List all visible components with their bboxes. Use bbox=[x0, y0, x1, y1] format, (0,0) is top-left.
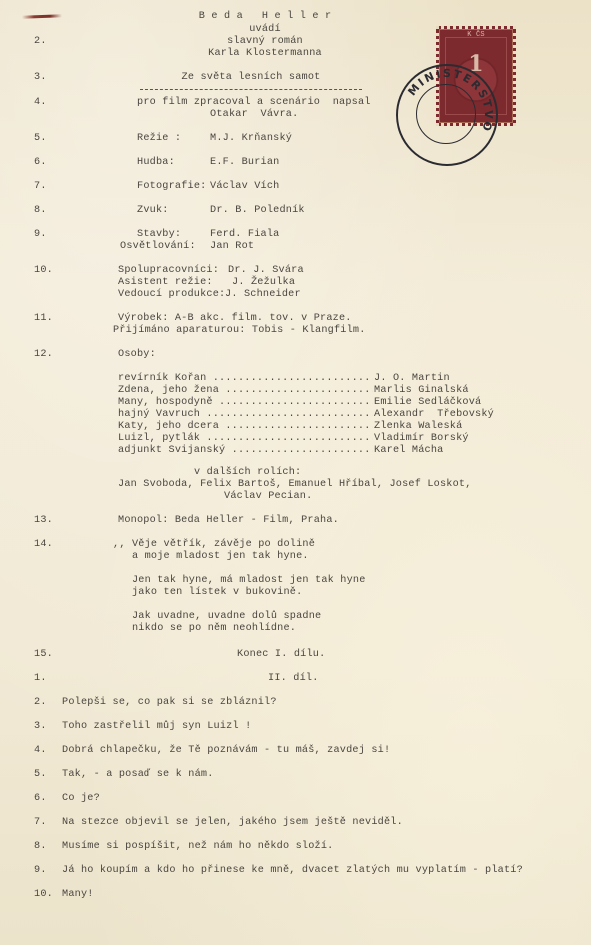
credit-value: Václav Vích bbox=[210, 181, 279, 193]
cast-actor: Karel Mácha bbox=[374, 445, 443, 457]
item-number: 2. bbox=[34, 697, 47, 708]
item-number: 14. bbox=[34, 539, 53, 550]
credit-value: Dr. B. Poledník bbox=[210, 205, 305, 217]
cast-role: Zdena, jeho žena bbox=[118, 385, 219, 397]
adaptation-credit: pro film zpracoval a scenário napsal bbox=[137, 97, 371, 109]
postmark-circle: MINISTERSTVO bbox=[396, 64, 498, 166]
supporting-cast-line: Václav Pecian. bbox=[224, 491, 312, 503]
part-two-heading: II. díl. bbox=[268, 673, 319, 685]
cast-actor: Vladimír Borský bbox=[374, 433, 469, 445]
song-verse: nikdo se po něm neohlídne. bbox=[113, 623, 296, 635]
dialogue-line: Musíme si pospíšit, než nám ho někdo slo… bbox=[62, 841, 333, 853]
stamp-header-text: K ČS bbox=[439, 31, 513, 39]
song-verse: jako ten lístek v bukovině. bbox=[113, 587, 302, 599]
credit-value: Jan Rot bbox=[210, 241, 254, 253]
author-line: Karla Klostermanna bbox=[150, 48, 380, 60]
ink-mark bbox=[22, 14, 62, 18]
credit-value: E.F. Burian bbox=[210, 157, 279, 169]
song-verse: Jen tak hyne, má mladost jen tak hyne bbox=[113, 575, 366, 587]
credit-label: Zvuk: bbox=[137, 205, 169, 217]
presents-text: uvádí bbox=[150, 24, 380, 36]
credit-value: M.J. Krňanský bbox=[210, 133, 292, 145]
novel-line: slavný román bbox=[150, 36, 380, 48]
item-number: 9. bbox=[34, 229, 47, 240]
production-company: Výrobek: A-B akc. film. tov. v Praze. bbox=[118, 313, 352, 325]
cast-role: adjunkt Svijanský bbox=[118, 445, 225, 457]
cast-role: Luizl, pytlák bbox=[118, 433, 200, 445]
item-number: 7. bbox=[34, 817, 47, 828]
cast-role: Many, hospodyně bbox=[118, 397, 213, 409]
typewritten-document-page: B e d a H e l l e r uvádí 2. slavný romá… bbox=[0, 0, 591, 945]
dialogue-line: Já ho koupím a kdo ho přinese ke mně, dv… bbox=[62, 865, 523, 877]
item-number: 3. bbox=[34, 72, 47, 83]
item-number: 2. bbox=[34, 36, 47, 47]
item-number: 11. bbox=[34, 313, 53, 324]
item-number: 15. bbox=[34, 649, 53, 660]
adapter-name: Otakar Vávra. bbox=[210, 109, 298, 121]
end-of-part-one: Konec I. dílu. bbox=[237, 649, 325, 661]
song-verse: a moje mladost jen tak hyne. bbox=[113, 551, 309, 563]
dialogue-line: Many! bbox=[62, 889, 94, 901]
item-number: 13. bbox=[34, 515, 53, 526]
cast-role: Katy, jeho dcera bbox=[118, 421, 219, 433]
credit-value: J. Schneider bbox=[225, 289, 301, 301]
svg-text:MINISTERSTVO: MINISTERSTVO bbox=[405, 67, 495, 134]
item-number: 8. bbox=[34, 841, 47, 852]
postmark-text-icon: MINISTERSTVO bbox=[398, 66, 496, 164]
credit-value: J. Žežulka bbox=[232, 277, 295, 289]
credit-label: Hudba: bbox=[137, 157, 175, 169]
item-number: 4. bbox=[34, 745, 47, 756]
supporting-cast-line: Jan Svoboda, Felix Bartoš, Emanuel Hříba… bbox=[118, 479, 472, 491]
cast-actor: J. O. Martin bbox=[374, 373, 450, 385]
item-number: 5. bbox=[34, 769, 47, 780]
item-number: 10. bbox=[34, 889, 53, 900]
credit-label: Asistent režie: bbox=[118, 277, 213, 289]
credit-label: Vedoucí produkce: bbox=[118, 289, 225, 301]
cast-actor: Zlenka Waleská bbox=[374, 421, 462, 433]
cast-actor: Marlis Ginalská bbox=[374, 385, 469, 397]
credit-label: Režie : bbox=[137, 133, 181, 145]
distribution-credit: Monopol: Beda Heller - Film, Praha. bbox=[118, 515, 339, 527]
cast-role: revírník Kořan bbox=[118, 373, 206, 385]
credit-label: Osvětlování: bbox=[120, 241, 196, 253]
dialogue-line: Polepši se, co pak si se zbláznil? bbox=[62, 697, 277, 709]
credit-value: Ferd. Fiala bbox=[210, 229, 279, 241]
song-verse: Jak uvadne, uvadne dolů spadne bbox=[113, 611, 321, 623]
item-number: 8. bbox=[34, 205, 47, 216]
dialogue-line: Toho zastřelil můj syn Luizl ! bbox=[62, 721, 251, 733]
item-number: 7. bbox=[34, 181, 47, 192]
title-underline bbox=[140, 89, 362, 90]
dialogue-line: Dobrá chlapečku, že Tě poznávám - tu máš… bbox=[62, 745, 390, 757]
cast-role: hajný Vavruch bbox=[118, 409, 200, 421]
credit-label: Spolupracovníci: bbox=[118, 265, 219, 277]
supporting-heading: v dalších rolích: bbox=[194, 467, 301, 479]
item-number: 4. bbox=[34, 97, 47, 108]
item-number: 12. bbox=[34, 349, 53, 360]
credit-value: Dr. J. Svára bbox=[228, 265, 304, 277]
item-number: 6. bbox=[34, 157, 47, 168]
item-number: 9. bbox=[34, 865, 47, 876]
dialogue-line: Co je? bbox=[62, 793, 100, 805]
credit-label: Fotografie: bbox=[137, 181, 206, 193]
film-title: Ze světa lesních samot bbox=[140, 72, 362, 84]
item-number: 3. bbox=[34, 721, 47, 732]
presenter-name: B e d a H e l l e r bbox=[150, 11, 380, 23]
cast-actor: Emilie Sedláčková bbox=[374, 397, 481, 409]
item-number: 6. bbox=[34, 793, 47, 804]
item-number: 1. bbox=[34, 673, 47, 684]
dialogue-line: Tak, - a posaď se k nám. bbox=[62, 769, 214, 781]
song-verse: ,, Věje větřík, závěje po dolině bbox=[113, 539, 315, 551]
cast-heading: Osoby: bbox=[118, 349, 156, 361]
item-number: 5. bbox=[34, 133, 47, 144]
item-number: 10. bbox=[34, 265, 53, 276]
sound-system: Přijímáno aparaturou: Tobis - Klangfilm. bbox=[113, 325, 366, 337]
dialogue-line: Na stezce objevil se jelen, jakého jsem … bbox=[62, 817, 403, 829]
credit-label: Stavby: bbox=[137, 229, 181, 241]
cast-actor: Alexandr Třebovský bbox=[374, 409, 494, 421]
